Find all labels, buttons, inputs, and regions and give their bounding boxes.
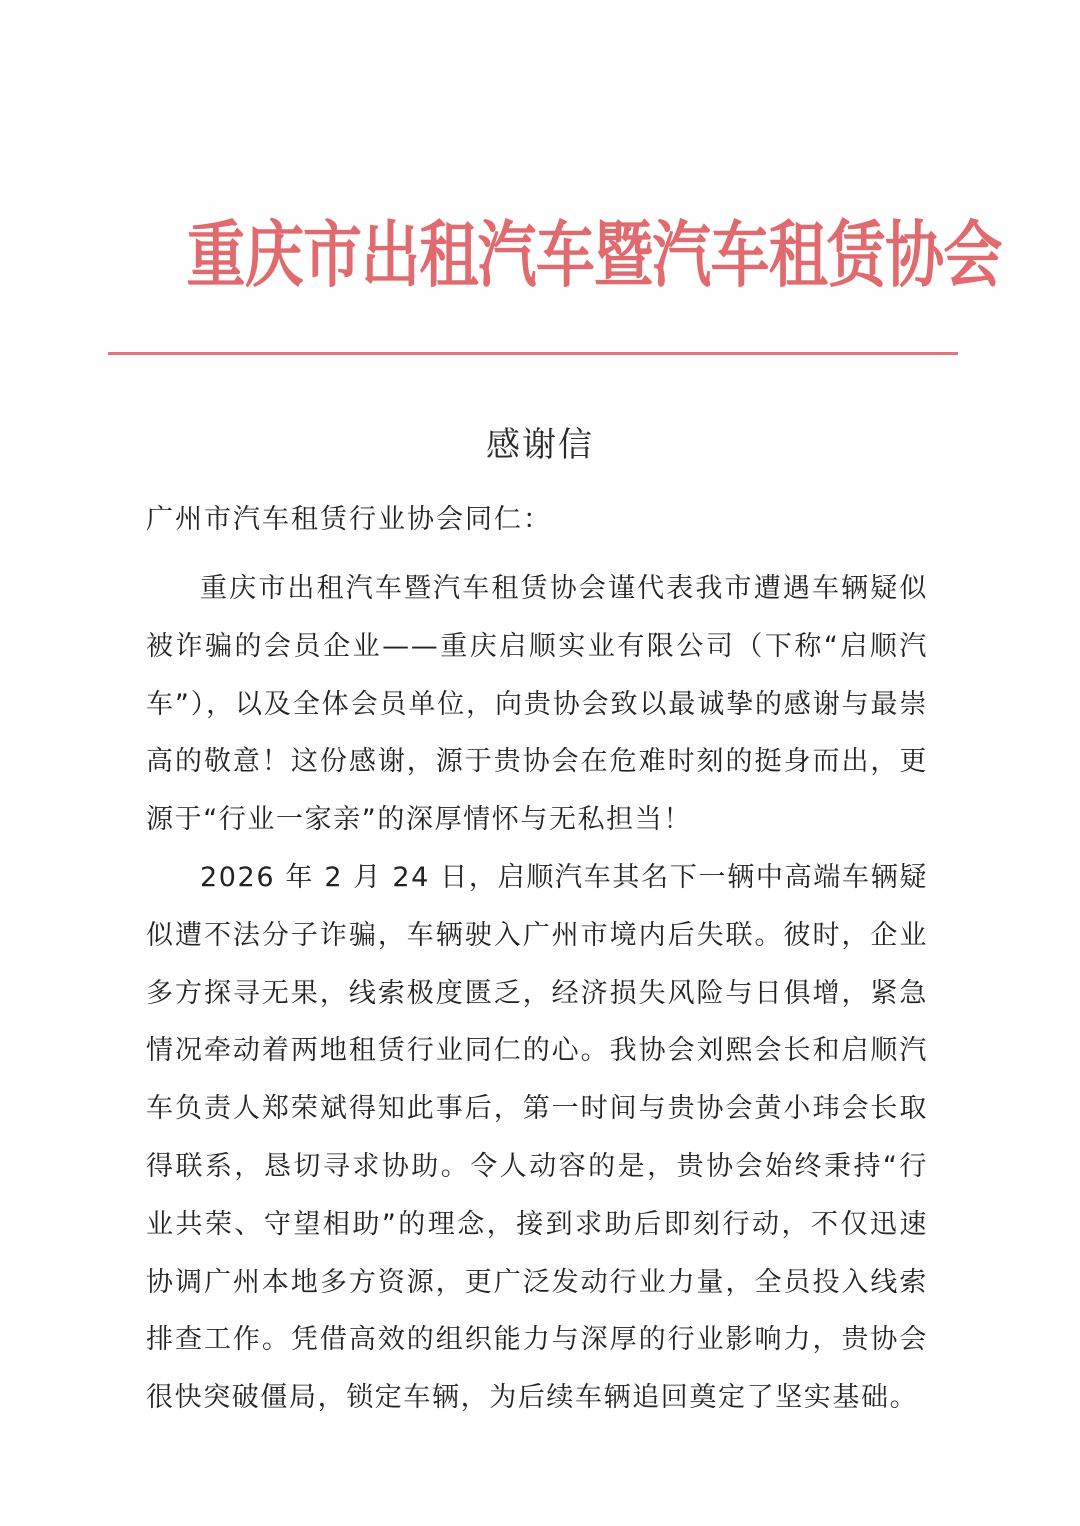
letterhead-red-rule xyxy=(108,352,958,355)
salutation: 广州市汽车租赁行业协会同仁： xyxy=(146,500,552,540)
letter-body: 重庆市出租汽车暨汽车租赁协会谨代表我市遭遇车辆疑似被诈骗的会员企业——重庆启顺实… xyxy=(146,560,928,1427)
letterhead-organization-name: 重庆市出租汽车暨汽车租赁协会 xyxy=(187,205,884,305)
letter-page: 重庆市出租汽车暨汽车租赁协会 感谢信 广州市汽车租赁行业协会同仁： 重庆市出租汽… xyxy=(0,0,1080,1526)
body-paragraph: 2026 年 2 月 24 日，启顺汽车其名下一辆中高端车辆疑似遭不法分子诈骗，… xyxy=(146,849,928,1427)
document-title: 感谢信 xyxy=(0,420,1080,470)
letterhead: 重庆市出租汽车暨汽车租赁协会 xyxy=(110,205,960,305)
body-paragraph: 重庆市出租汽车暨汽车租赁协会谨代表我市遭遇车辆疑似被诈骗的会员企业——重庆启顺实… xyxy=(146,560,928,849)
